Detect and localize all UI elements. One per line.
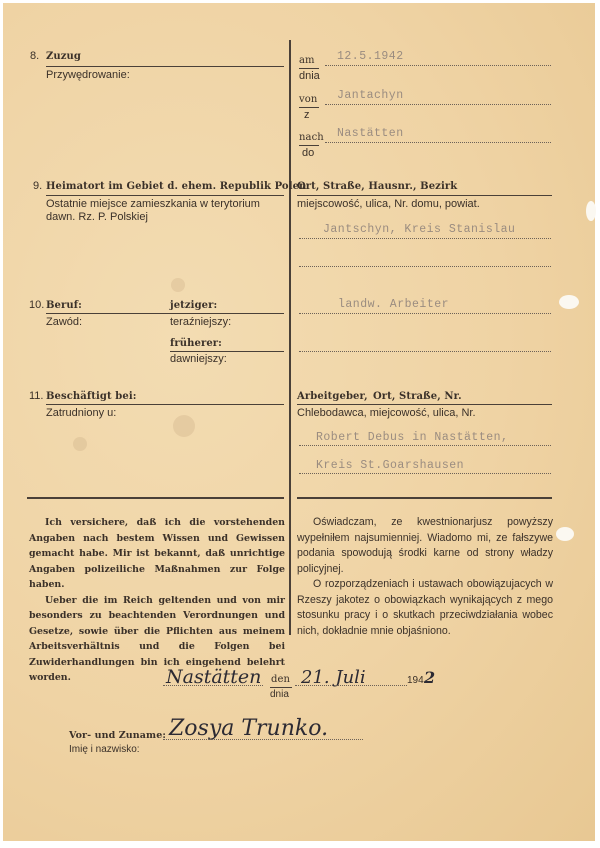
signature-name[interactable]: Zosya Trunko.	[169, 716, 328, 741]
am-label-rule	[299, 68, 319, 69]
von-dotted-line	[325, 104, 551, 105]
section8-rule	[46, 66, 284, 67]
hometown-dotted-line-2	[299, 266, 551, 267]
section9-label-pl-1: Ostatnie miejsce zamieszkania w terytori…	[46, 198, 260, 210]
section11-label-pl: Zatrudniony u:	[46, 407, 116, 419]
year-suffix[interactable]: 2	[424, 668, 435, 687]
nach-dotted-line	[325, 142, 551, 143]
section10-number: 10.	[29, 299, 44, 311]
am-label-pl: dnia	[299, 70, 320, 82]
former-job-label-de: früherer:	[170, 338, 222, 349]
von-label-de: von	[299, 94, 317, 105]
current-job-label-pl: teraźniejszy:	[170, 316, 231, 328]
section9-right-label-pl: miejscowość, ulica, Nr. domu, powiat.	[297, 198, 480, 210]
former-job-label-pl: dawniejszy:	[170, 353, 227, 365]
section11-number: 11.	[29, 390, 43, 402]
from-place-value[interactable]: Jantachyn	[337, 89, 404, 102]
am-label-de: am	[299, 55, 315, 66]
section8-label-de: Zuzug	[46, 51, 81, 62]
employer-dotted-line-1	[299, 445, 551, 446]
name-label-pl: Imię i nazwisko:	[69, 744, 140, 755]
section9-label-pl-2: dawn. Rz. P. Polskiej	[46, 211, 148, 223]
von-label-rule	[299, 107, 319, 108]
hometown-value[interactable]: Jantschyn, Kreis Stanislau	[323, 223, 515, 236]
section9-label-de: Heimatort im Gebiet d. ehem. Republik Po…	[46, 181, 306, 192]
date-dotted-line	[295, 685, 407, 686]
section9-number: 9.	[33, 180, 42, 192]
paper-stain-1	[171, 278, 185, 292]
declaration-pl-p2: O rozporządzeniach i ustawach obowiązuja…	[297, 577, 553, 639]
section10-label-pl: Zawód:	[46, 316, 82, 328]
section11-right-rule	[297, 404, 552, 405]
section8-number: 8.	[30, 50, 39, 62]
section9-right-label-de: Ort, Straße, Hausnr., Bezirk	[297, 181, 457, 192]
nach-label-pl: do	[302, 147, 314, 159]
arrival-date-value[interactable]: 12.5.1942	[337, 50, 404, 63]
nach-label-de: nach	[299, 132, 324, 143]
declaration-pl: Oświadczam, ze kwestnionarjusz powyższy …	[297, 515, 553, 639]
punch-hole-3	[586, 201, 596, 221]
place-dotted-line	[163, 685, 263, 686]
declaration-pl-p1: Oświadczam, ze kwestnionarjusz powyższy …	[297, 515, 553, 577]
employer-label-de: Arbeitgeber,	[297, 391, 368, 402]
year-prefix: 194	[407, 675, 424, 686]
section11-rule	[46, 404, 284, 405]
paper-stain-3	[73, 437, 87, 451]
section8-label-pl: Przywędrowanie:	[46, 69, 130, 81]
den-label-rule	[270, 687, 292, 688]
form-bottom-rule-left	[27, 497, 284, 499]
employer-label-pl: Chlebodawca, miejcowość, ulica, Nr.	[297, 407, 476, 419]
employer-value-1[interactable]: Robert Debus in Nastätten,	[316, 431, 508, 444]
employer-dotted-line-2	[299, 473, 551, 474]
declaration-de-p1: Ich versichere, daß ich die vorstehenden…	[29, 515, 285, 593]
nach-label-rule	[299, 145, 319, 146]
punch-hole-2	[556, 527, 574, 541]
section11-label-de: Beschäftigt bei:	[46, 391, 137, 402]
former-job-dotted-line	[299, 351, 551, 352]
von-label-pl: z	[304, 109, 310, 121]
paper-stain-2	[173, 415, 195, 437]
section10-label-de: Beruf:	[46, 300, 82, 311]
current-job-dotted-line	[299, 313, 551, 314]
to-place-value[interactable]: Nastätten	[337, 127, 404, 140]
name-dotted-line	[163, 739, 363, 740]
section10-rule	[46, 313, 284, 314]
declaration-de: Ich versichere, daß ich die vorstehenden…	[29, 515, 285, 686]
punch-hole-1	[559, 295, 579, 309]
den-label-pl: dnia	[270, 689, 289, 700]
current-job-label-de: jetziger:	[170, 300, 217, 311]
hometown-dotted-line-1	[299, 238, 551, 239]
current-job-value[interactable]: landw. Arbeiter	[338, 298, 449, 311]
am-dotted-line	[325, 65, 551, 66]
column-divider	[289, 40, 291, 635]
employer-value-2[interactable]: Kreis St.Goarshausen	[316, 459, 464, 472]
employer-address-label-de: Ort, Straße, Nr.	[373, 391, 462, 402]
name-label-de: Vor- und Zuname:	[69, 730, 166, 741]
section9-rule	[46, 195, 284, 196]
former-job-rule	[170, 351, 284, 352]
den-label-de: den	[271, 674, 290, 685]
form-page: 8. Zuzug Przywędrowanie: am dnia 12.5.19…	[3, 3, 595, 841]
form-bottom-rule-right	[297, 497, 552, 499]
section9-right-rule	[297, 195, 552, 196]
